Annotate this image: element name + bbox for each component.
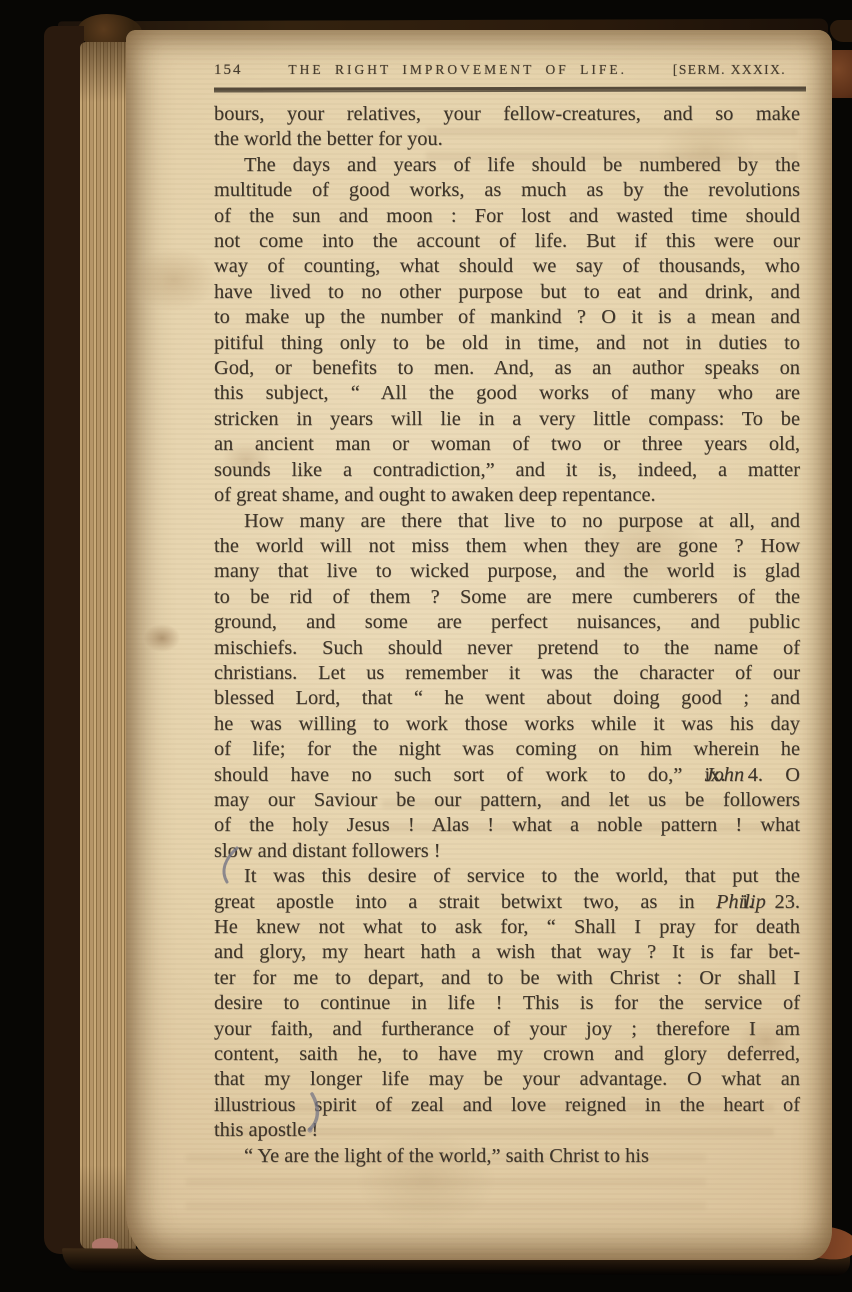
paragraph: bours, your relatives, your fellow-creat… [214, 102, 800, 153]
text-line: may our Saviour be our pattern, and let … [214, 788, 800, 813]
header-rule [214, 86, 806, 92]
paragraph: The days and years of life should be num… [214, 153, 800, 509]
text-line: blessed Lord, that “ he went about doing… [214, 686, 800, 711]
text-line: How many are there that live to no purpo… [214, 509, 800, 534]
text-line: that my longer life may be your advantag… [214, 1067, 800, 1092]
text-line: of great shame, and ought to awaken deep… [214, 483, 800, 508]
text-line: great apostle into a strait betwixt two,… [214, 890, 800, 915]
text-line: to make up the number of mankind ? O it … [214, 305, 800, 330]
text-line: not come into the account of life. But i… [214, 229, 800, 254]
text-line: should have no such sort of work to do,”… [214, 763, 800, 788]
text-line: to be rid of them ? Some are mere cumber… [214, 585, 800, 610]
text-line: of the sun and moon : For lost and waste… [214, 204, 800, 229]
text-line: The days and years of life should be num… [214, 153, 800, 178]
paragraph: It was this desire of service to the wor… [214, 864, 800, 1143]
photo-backdrop: 154 THE RIGHT IMPROVEMENT OF LIFE. [SERM… [0, 0, 852, 1292]
text-line: sounds like a contradiction,” and it is,… [214, 458, 800, 483]
text-line: he was willing to work those works while… [214, 712, 800, 737]
sermon-reference: [SERM. XXXIX. [673, 62, 786, 78]
text-line: of the holy Jesus ! Alas ! what a noble … [214, 813, 800, 838]
text-line: this apostle ! [214, 1118, 800, 1143]
text-line: an ancient man or woman of two or three … [214, 432, 800, 457]
book-page: 154 THE RIGHT IMPROVEMENT OF LIFE. [SERM… [126, 30, 832, 1260]
text-line: God, or benefits to men. And, as an auth… [214, 356, 800, 381]
text-line: of life; for the night was coming on him… [214, 737, 800, 762]
text-line: “ Ye are the light of the world,” saith … [214, 1144, 800, 1169]
text-line: bours, your relatives, your fellow-creat… [214, 102, 800, 127]
page-number: 154 [214, 62, 243, 79]
running-title: THE RIGHT IMPROVEMENT OF LIFE. [243, 62, 673, 78]
text-line: multitude of good works, as much as by t… [214, 178, 800, 203]
text-line: content, saith he, to have my crown and … [214, 1042, 800, 1067]
text-line: stricken in years will lie in a very lit… [214, 407, 800, 432]
paragraph: “ Ye are the light of the world,” saith … [214, 1144, 800, 1169]
text-line: ter for me to depart, and to be with Chr… [214, 966, 800, 991]
text-line: christians. Let us remember it was the c… [214, 661, 800, 686]
text-line: mischiefs. Such should never pretend to … [214, 636, 800, 661]
text-line: slow and distant followers ! [214, 839, 800, 864]
text-line: desire to continue in life ! This is for… [214, 991, 800, 1016]
book-spine-left [44, 26, 84, 1254]
text-line: illustrious spirit of zeal and love reig… [214, 1093, 800, 1118]
text-line: have lived to no other purpose but to ea… [214, 280, 800, 305]
text-line: the world the better for you. [214, 127, 800, 152]
text-line: this subject, “ All the good works of ma… [214, 381, 800, 406]
text-line: your faith, and furtherance of your joy … [214, 1017, 800, 1042]
book-cover-top-right-fragment [830, 20, 852, 42]
text-line: way of counting, what should we say of t… [214, 254, 800, 279]
text-line: It was this desire of service to the wor… [214, 864, 800, 889]
text-line: the world will not miss them when they a… [214, 534, 800, 559]
text-line: ground, and some are perfect nuisances, … [214, 610, 800, 635]
page-body-text: bours, your relatives, your fellow-creat… [214, 102, 800, 1169]
paragraph: How many are there that live to no purpo… [214, 509, 800, 865]
text-line: pitiful thing only to be old in time, an… [214, 331, 800, 356]
text-line: and glory, my heart hath a wish that way… [214, 940, 800, 965]
text-line: many that live to wicked purpose, and th… [214, 559, 800, 584]
page-header: 154 THE RIGHT IMPROVEMENT OF LIFE. [SERM… [214, 62, 800, 79]
text-line: He knew not what to ask for, “ Shall I p… [214, 915, 800, 940]
